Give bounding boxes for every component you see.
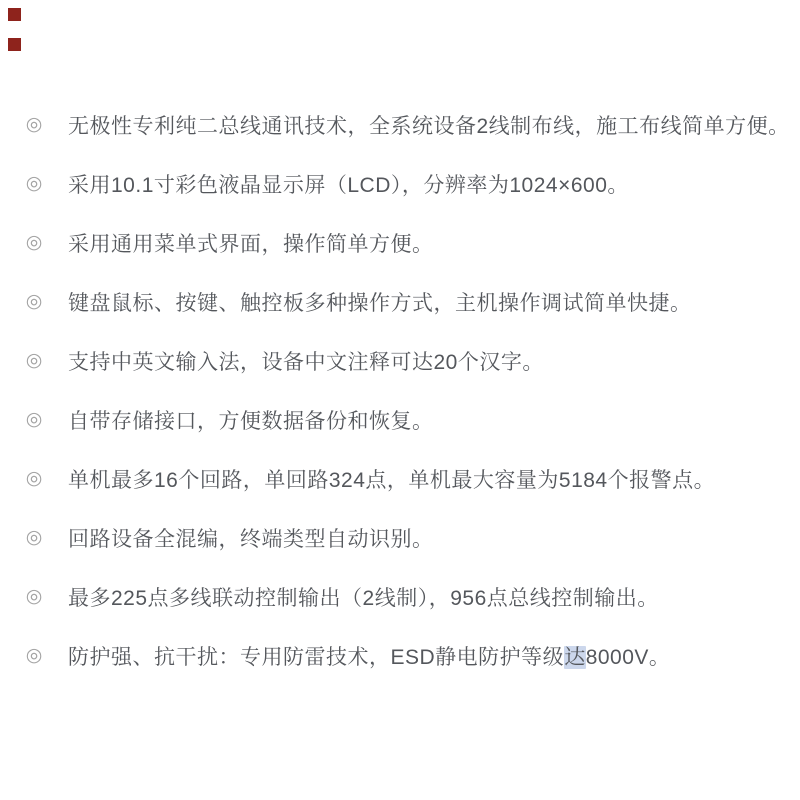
- bullet-icon: ◎: [24, 292, 44, 311]
- list-item: ◎ 防护强、抗干扰：专用防雷技术，ESD静电防护等级达8000V。: [0, 626, 800, 685]
- list-item: ◎ 采用10.1寸彩色液晶显示屏（LCD），分辨率为1024×600。: [0, 154, 800, 213]
- list-item: ◎ 支持中英文输入法，设备中文注释可达20个汉字。: [0, 331, 800, 390]
- watermark-squares: [8, 8, 21, 51]
- feature-text: 采用10.1寸彩色液晶显示屏（LCD），分辨率为1024×600。: [68, 169, 629, 199]
- feature-text: 单机最多16个回路，单回路324点，单机最大容量为5184个报警点。: [68, 464, 715, 494]
- list-item: ◎ 最多225点多线联动控制输出（2线制），956点总线控制输出。: [0, 567, 800, 626]
- bullet-icon: ◎: [24, 587, 44, 606]
- bullet-icon: ◎: [24, 115, 44, 134]
- feature-list: ◎ 无极性专利纯二总线通讯技术，全系统设备2线制布线，施工布线简单方便。 ◎ 采…: [0, 95, 800, 685]
- feature-text: 自带存储接口，方便数据备份和恢复。: [68, 405, 434, 435]
- list-item: ◎ 自带存储接口，方便数据备份和恢复。: [0, 390, 800, 449]
- list-item: ◎ 采用通用菜单式界面，操作简单方便。: [0, 213, 800, 272]
- bullet-icon: ◎: [24, 351, 44, 370]
- list-item: ◎ 单机最多16个回路，单回路324点，单机最大容量为5184个报警点。: [0, 449, 800, 508]
- feature-text: 回路设备全混编，终端类型自动识别。: [68, 523, 434, 553]
- list-item: ◎ 回路设备全混编，终端类型自动识别。: [0, 508, 800, 567]
- feature-text: 防护强、抗干扰：专用防雷技术，ESD静电防护等级达8000V。: [68, 641, 670, 671]
- feature-text-pre: 防护强、抗干扰：专用防雷技术，ESD静电防护等级: [68, 646, 564, 669]
- bullet-icon: ◎: [24, 469, 44, 488]
- bullet-icon: ◎: [24, 410, 44, 429]
- bullet-icon: ◎: [24, 233, 44, 252]
- feature-text: 采用通用菜单式界面，操作简单方便。: [68, 228, 434, 258]
- feature-text: 支持中英文输入法，设备中文注释可达20个汉字。: [68, 346, 544, 376]
- feature-text: 无极性专利纯二总线通讯技术，全系统设备2线制布线，施工布线简单方便。: [68, 110, 790, 140]
- red-square: [8, 38, 21, 51]
- bullet-icon: ◎: [24, 174, 44, 193]
- highlighted-char: 达: [564, 646, 586, 669]
- feature-text: 最多225点多线联动控制输出（2线制），956点总线控制输出。: [68, 582, 659, 612]
- list-item: ◎ 键盘鼠标、按键、触控板多种操作方式，主机操作调试简单快捷。: [0, 272, 800, 331]
- feature-text: 键盘鼠标、按键、触控板多种操作方式，主机操作调试简单快捷。: [68, 287, 692, 317]
- red-square: [8, 8, 21, 21]
- bullet-icon: ◎: [24, 646, 44, 665]
- bullet-icon: ◎: [24, 528, 44, 547]
- list-item: ◎ 无极性专利纯二总线通讯技术，全系统设备2线制布线，施工布线简单方便。: [0, 95, 800, 154]
- feature-text-post: 8000V。: [586, 646, 671, 669]
